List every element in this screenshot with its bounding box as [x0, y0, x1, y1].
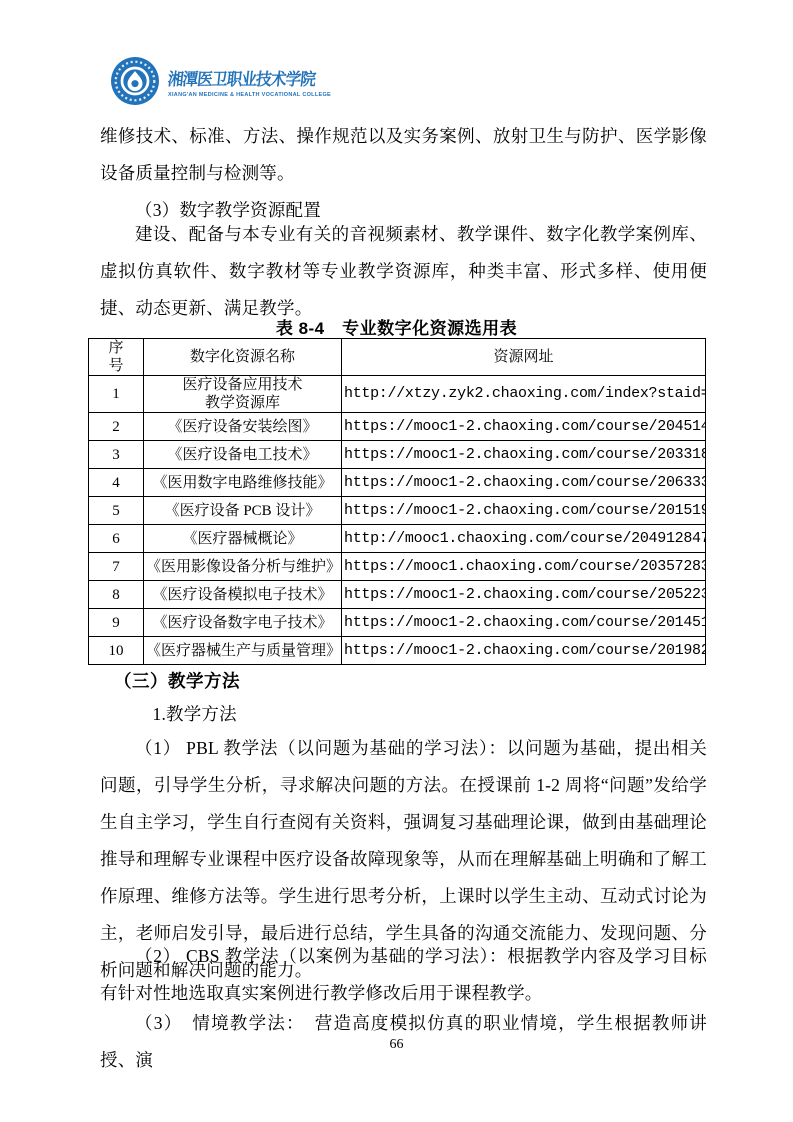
cell-resource-url: http://mooc1.chaoxing.com/course/2049128…	[342, 525, 706, 553]
cell-resource-url: https://mooc1-2.chaoxing.com/course/2033…	[342, 441, 706, 469]
table-row: 8 《医疗设备模拟电子技术》 https://mooc1-2.chaoxing.…	[89, 581, 706, 609]
table-header-row: 序 号 数字化资源名称 资源网址	[89, 339, 706, 376]
table-row: 4 《医用数字电路维修技能》 https://mooc1-2.chaoxing.…	[89, 469, 706, 497]
cell-serial-number: 2	[89, 413, 144, 441]
cell-serial-number: 6	[89, 525, 144, 553]
college-emblem-icon	[110, 56, 160, 106]
cell-resource-name: 医疗设备应用技术 教学资源库	[144, 376, 342, 413]
college-logo: 湘潭医卫职业技术学院 XIANG'AN MEDICINE & HEALTH VO…	[110, 56, 331, 106]
table-row: 7 《医用影像设备分析与维护》 https://mooc1.chaoxing.c…	[89, 553, 706, 581]
cell-serial-number: 7	[89, 553, 144, 581]
document-page: 湘潭医卫职业技术学院 XIANG'AN MEDICINE & HEALTH VO…	[0, 0, 793, 1122]
table-row: 3 《医疗设备电工技术》 https://mooc1-2.chaoxing.co…	[89, 441, 706, 469]
cell-resource-url: https://mooc1-2.chaoxing.com/course/2063…	[342, 469, 706, 497]
college-name-zh: 湘潭医卫职业技术学院	[167, 65, 320, 90]
cell-resource-name: 《医疗设备 PCB 设计》	[144, 497, 342, 525]
cell-serial-number: 9	[89, 609, 144, 637]
section-heading-teaching-methods: （三）教学方法	[100, 664, 707, 698]
table-row: 9 《医疗设备数字电子技术》 https://mooc1-2.chaoxing.…	[89, 609, 706, 637]
column-header-name: 数字化资源名称	[144, 339, 342, 376]
cell-serial-number: 10	[89, 637, 144, 665]
cell-serial-number: 5	[89, 497, 144, 525]
cell-resource-url: https://mooc1-2.chaoxing.com/course/2019…	[342, 637, 706, 665]
paragraph-continued: 维修技术、标准、方法、操作规范以及实务案例、放射卫生与防护、医学影像设备质量控制…	[100, 118, 707, 192]
cell-resource-url: https://mooc1-2.chaoxing.com/course/2014…	[342, 609, 706, 637]
table-row: 5 《医疗设备 PCB 设计》 https://mooc1-2.chaoxing…	[89, 497, 706, 525]
cell-resource-name: 《医疗设备电工技术》	[144, 441, 342, 469]
cell-resource-name: 《医用数字电路维修技能》	[144, 469, 342, 497]
cell-serial-number: 8	[89, 581, 144, 609]
digital-resources-table: 序 号 数字化资源名称 资源网址 1 医疗设备应用技术 教学资源库 http:/…	[88, 338, 706, 665]
cell-serial-number: 1	[89, 376, 144, 413]
paragraph-resource-build: 建设、配备与本专业有关的音视频素材、教学课件、数字化教学案例库、虚拟仿真软件、数…	[100, 216, 707, 327]
college-name-en: XIANG'AN MEDICINE & HEALTH VOCATIONAL CO…	[168, 92, 331, 98]
cell-resource-url: https://mooc1-2.chaoxing.com/course/2015…	[342, 497, 706, 525]
page-number: 66	[0, 1037, 793, 1053]
college-name-block: 湘潭医卫职业技术学院 XIANG'AN MEDICINE & HEALTH VO…	[168, 65, 331, 98]
column-header-url: 资源网址	[342, 339, 706, 376]
cell-resource-name: 《医用影像设备分析与维护》	[144, 553, 342, 581]
table-row: 10 《医疗器械生产与质量管理》 https://mooc1-2.chaoxin…	[89, 637, 706, 665]
cell-resource-url: http://xtzy.zyk2.chaoxing.com/index?stai…	[342, 376, 706, 413]
table-row: 6 《医疗器械概论》 http://mooc1.chaoxing.com/cou…	[89, 525, 706, 553]
table-caption: 表 8-4 专业数字化资源选用表	[0, 314, 793, 339]
cell-resource-url: https://mooc1.chaoxing.com/course/203572…	[342, 553, 706, 581]
cell-resource-name: 《医疗设备模拟电子技术》	[144, 581, 342, 609]
subsection-heading: 1.教学方法	[100, 697, 707, 731]
table-row: 2 《医疗设备安装绘图》 https://mooc1-2.chaoxing.co…	[89, 413, 706, 441]
cell-resource-name: 《医疗设备安装绘图》	[144, 413, 342, 441]
cell-resource-url: https://mooc1-2.chaoxing.com/course/2052…	[342, 581, 706, 609]
cell-serial-number: 4	[89, 469, 144, 497]
paragraph-cbs-method: （2） CBS 教学法（以案例为基础的学习法）：根据教学内容及学习目标有针对性地…	[100, 938, 707, 1012]
cell-serial-number: 3	[89, 441, 144, 469]
table-row: 1 医疗设备应用技术 教学资源库 http://xtzy.zyk2.chaoxi…	[89, 376, 706, 413]
cell-resource-url: https://mooc1-2.chaoxing.com/course/2045…	[342, 413, 706, 441]
column-header-no: 序 号	[89, 339, 144, 376]
cell-resource-name: 《医疗设备数字电子技术》	[144, 609, 342, 637]
cell-resource-name: 《医疗器械生产与质量管理》	[144, 637, 342, 665]
cell-resource-name: 《医疗器械概论》	[144, 525, 342, 553]
